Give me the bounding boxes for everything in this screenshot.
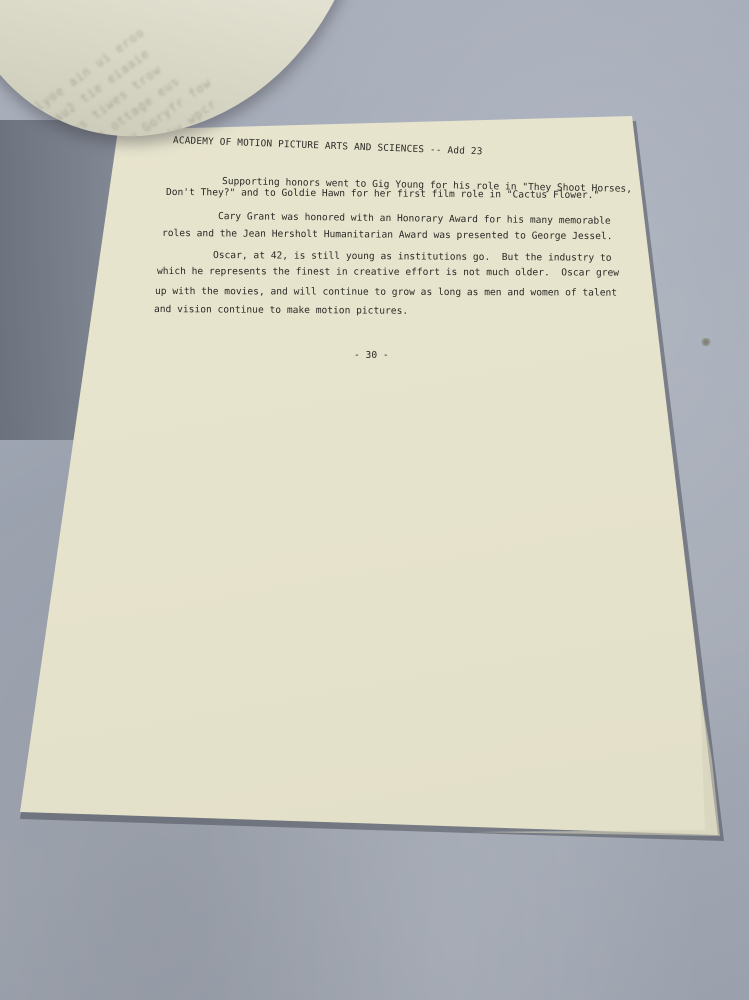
- paragraph-line: Cary Grant was honored with an Honorary …: [218, 211, 611, 227]
- page-number: - 30 -: [354, 350, 389, 361]
- document-header: ACADEMY OF MOTION PICTURE ARTS AND SCIEN…: [173, 135, 483, 157]
- document-text: ACADEMY OF MOTION PICTURE ARTS AND SCIEN…: [0, 0, 749, 1000]
- paragraph-line: which he represents the finest in creati…: [157, 266, 619, 279]
- paragraph-line: and vision continue to make motion pictu…: [154, 304, 408, 317]
- paragraph-line: Oscar, at 42, is still young as institut…: [213, 250, 612, 264]
- paragraph-line: Don't They?" and to Goldie Hawn for her …: [166, 187, 599, 201]
- paragraph-line: up with the movies, and will continue to…: [155, 286, 617, 299]
- surface-speck: [700, 338, 712, 346]
- paragraph-line: roles and the Jean Hersholt Humanitarian…: [162, 228, 613, 242]
